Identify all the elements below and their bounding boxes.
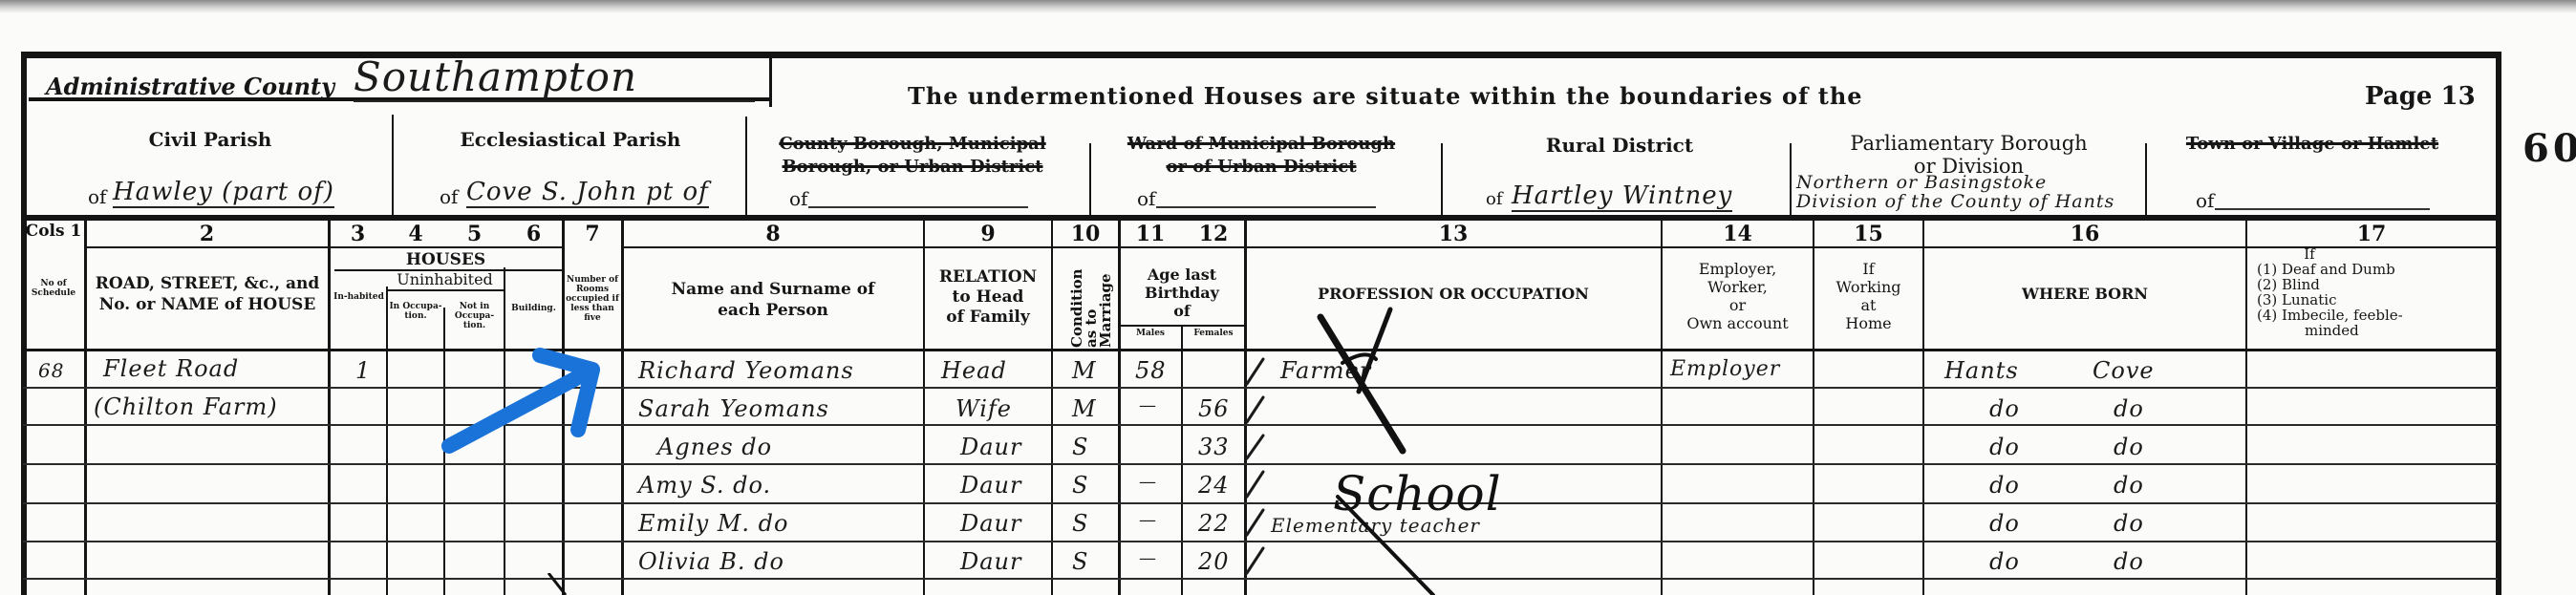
col-number: Cols 1 [23, 222, 84, 241]
relation-line3: of Family [925, 308, 1051, 328]
town-of: of [2196, 189, 2214, 212]
col-line [1181, 325, 1183, 595]
col-houses-header: HOUSES [330, 250, 562, 269]
county-borough-of: of [789, 187, 807, 210]
form-right-border [2496, 52, 2501, 595]
age-line1: Age last [1120, 266, 1244, 284]
civil-parish-of: of [88, 185, 106, 208]
ward-of: of [1137, 187, 1155, 210]
county-borough-label: County Borough, Municipal [755, 134, 1070, 154]
col-females-header: Females [1183, 329, 1244, 338]
rural-district-label: Rural District [1448, 134, 1792, 157]
col-number: 2 [86, 222, 328, 246]
wh-line1: If [1814, 260, 1922, 278]
person-name: Agnes do [657, 434, 772, 460]
page-number: Page 13 [2365, 82, 2476, 111]
col-number: 14 [1663, 222, 1813, 246]
col-schedule-header: No of Schedule [23, 279, 84, 298]
admin-county-label: Administrative County [46, 73, 334, 100]
person-born-place: do [2114, 548, 2144, 575]
divider [1089, 143, 1091, 215]
ecclesiastical-parish-label: Ecclesiastical Parish [394, 128, 747, 151]
person-born-county: do [1989, 472, 2020, 499]
person-born-place: do [2114, 395, 2144, 422]
age-line3: of [1120, 302, 1244, 320]
employer-line4: Own account [1663, 314, 1813, 332]
person-condition: M [1072, 357, 1097, 384]
rule [1120, 325, 1244, 327]
header-bottom-rule [23, 349, 2498, 351]
ward-blank [1156, 206, 1376, 208]
person-age-male: — [1139, 548, 1157, 568]
boundaries-heading: The undermentioned Houses are situate wi… [908, 82, 1863, 110]
road-header-line1: ROAD, STREET, &c., and [88, 273, 327, 294]
person-condition: S [1072, 510, 1088, 537]
person-relation: Wife [955, 395, 1012, 422]
rule [86, 246, 328, 248]
relation-line1: RELATION [925, 267, 1051, 287]
col-males-header: Males [1120, 329, 1181, 338]
person-name: Olivia B. do [638, 548, 784, 575]
person-age-female: 22 [1198, 510, 1230, 537]
col-relation-header: RELATION to Head of Family [925, 267, 1051, 328]
employer-line1: Employer, [1663, 260, 1813, 278]
person-relation: Daur [960, 434, 1021, 460]
person-relation: Head [941, 357, 1007, 384]
person-condition: M [1072, 395, 1097, 422]
person-born-county: Hants [1944, 357, 2019, 384]
person-age-female: 24 [1198, 472, 1230, 499]
col-working-home-header: If Working at Home [1814, 260, 1922, 332]
person-age-female: 20 [1198, 548, 1230, 575]
person-born-county: do [1989, 395, 2020, 422]
col-number: 12 [1183, 222, 1244, 246]
divider [2145, 143, 2147, 215]
col-line [2245, 218, 2247, 595]
rural-district-value: Hartley Wintney [1512, 181, 1732, 212]
name-header-line2: each Person [623, 300, 923, 321]
col-number: 13 [1246, 222, 1661, 246]
person-relation: Daur [960, 472, 1021, 499]
name-header-line1: Name and Surname of [623, 279, 923, 300]
form-left-border [21, 52, 27, 595]
parliamentary-value-2: Division of the County of Hants [1796, 191, 2114, 212]
wh-line2: Working [1814, 278, 1922, 296]
margin-number: 60 [2522, 126, 2576, 171]
address-line2: (Chilton Farm) [94, 393, 278, 420]
col-rooms-header: Number of Rooms occupied if less than fi… [564, 275, 621, 323]
person-born-county: do [1989, 548, 2020, 575]
rural-district-of: of [1486, 189, 1503, 209]
col-name-header: Name and Surname of each Person [623, 279, 923, 321]
person-age-male: 58 [1135, 357, 1167, 384]
col-line [1051, 218, 1053, 595]
col-number: 6 [505, 222, 562, 246]
address-line1: Fleet Road [103, 355, 239, 382]
col-not-in-occupation-header: Not in Occupa-tion. [445, 302, 504, 330]
col-number: 16 [1924, 222, 2245, 246]
person-age-male: — [1139, 472, 1157, 492]
wh-line3: at [1814, 296, 1922, 314]
col-road-header: ROAD, STREET, &c., and No. or NAME of HO… [88, 273, 327, 315]
col-number: 3 [330, 222, 386, 246]
town-blank [2215, 208, 2430, 210]
ecclesiastical-parish-of: of [440, 185, 458, 208]
ward-label-2: or of Urban District [1099, 157, 1424, 177]
divider [1441, 143, 1443, 215]
person-condition: S [1072, 548, 1088, 575]
county-borough-label-2: Borough, or Urban District [755, 157, 1070, 177]
parliamentary-label: Parliamentary Borough [1794, 132, 2143, 155]
schedule-number: 68 [38, 359, 64, 382]
person-relation: Daur [960, 510, 1021, 537]
col-line [386, 287, 388, 595]
col-where-born-header: WHERE BORN [1924, 285, 2245, 303]
person-age-male: — [1139, 395, 1157, 415]
wh-line4: Home [1814, 314, 1922, 332]
person-name: Amy S. do. [638, 472, 771, 499]
town-label: Town or Village or Hamlet [2150, 134, 2475, 154]
col-inhabited-header: In-habited [332, 292, 386, 302]
rule [330, 246, 562, 248]
person-name: Emily M. do [638, 510, 788, 537]
employer-line2: Worker, [1663, 278, 1813, 296]
col-employer-header: Employer, Worker, or Own account [1663, 260, 1813, 332]
col-age-header: Age last Birthday of [1120, 266, 1244, 320]
road-header-line2: No. or NAME of HOUSE [88, 294, 327, 315]
county-borough-blank [808, 206, 1028, 208]
person-relation: Daur [960, 548, 1021, 575]
person-age-female: 33 [1198, 434, 1230, 460]
col-occupation-header: PROFESSION OR OCCUPATION [1246, 285, 1661, 303]
infirmity-3: (3) Lunatic [2257, 292, 2486, 308]
person-name: Sarah Yeomans [638, 395, 829, 422]
col-number: 7 [564, 222, 621, 246]
col-building-header: Building. [505, 304, 562, 313]
civil-parish-value: Hawley (part of) [113, 178, 334, 208]
admin-county-value: Southampton [354, 53, 755, 102]
col-in-occupation-header: In Occupa-tion. [388, 302, 443, 321]
infirmity-if: If [2257, 246, 2362, 262]
infirmity-5: minded [2257, 323, 2486, 338]
rule [388, 289, 504, 291]
person-employer: Employer [1670, 357, 1780, 381]
tick-marks-icon [1242, 353, 1280, 595]
col-infirmity-header: If (1) Deaf and Dumb (2) Blind (3) Lunat… [2257, 246, 2486, 338]
person-condition: S [1072, 434, 1088, 460]
person-born-place: do [2114, 434, 2144, 460]
age-line2: Birthday [1120, 284, 1244, 302]
col-number: 4 [388, 222, 443, 246]
scan-top-edge [0, 0, 2576, 13]
col-number: 5 [445, 222, 504, 246]
parliamentary-value-1: Northern or Basingstoke [1796, 172, 2047, 193]
col-number: 17 [2247, 222, 2496, 246]
col-uninhabited-header: Uninhabited [386, 270, 504, 288]
col-line [84, 218, 87, 595]
person-born-county: do [1989, 510, 2020, 537]
col-line [328, 218, 331, 595]
rule [623, 246, 2496, 248]
person-born-place: do [2114, 472, 2144, 499]
infirmity-4: (4) Imbecile, feeble- [2257, 308, 2486, 323]
person-age-female: 56 [1198, 395, 1230, 422]
col-number: 10 [1053, 222, 1118, 246]
col-condition-header: Condition as to Marriage [1070, 256, 1113, 348]
col-number: 15 [1814, 222, 1922, 246]
person-born-place: Cove [2093, 357, 2155, 384]
school-overwrite: School [1333, 466, 1502, 521]
infirmity-2: (2) Blind [2257, 277, 2486, 292]
inhabited-count: 1 [355, 357, 371, 384]
person-born-county: do [1989, 434, 2020, 460]
blue-arrow-icon [430, 339, 621, 458]
col-number: 9 [925, 222, 1051, 246]
relation-line2: to Head [925, 287, 1051, 308]
person-condition: S [1072, 472, 1088, 499]
ward-label: Ward of Municipal Borough [1099, 134, 1424, 154]
civil-parish-label: Civil Parish [29, 128, 392, 151]
infirmity-1: (1) Deaf and Dumb [2257, 262, 2486, 277]
person-born-place: do [2114, 510, 2144, 537]
col-number: 8 [623, 222, 923, 246]
col-line [1922, 218, 1924, 595]
employer-line3: or [1663, 296, 1813, 314]
person-name: Richard Yeomans [638, 357, 854, 384]
col-line [621, 218, 624, 595]
table-top-border [21, 215, 2501, 221]
col-number: 11 [1120, 222, 1181, 246]
ecclesiastical-parish-value: Cove S. John pt of [466, 178, 709, 208]
slash-mark-icon [545, 573, 573, 595]
clerk-markings-icon [1299, 306, 1586, 595]
person-age-male: — [1139, 510, 1157, 530]
